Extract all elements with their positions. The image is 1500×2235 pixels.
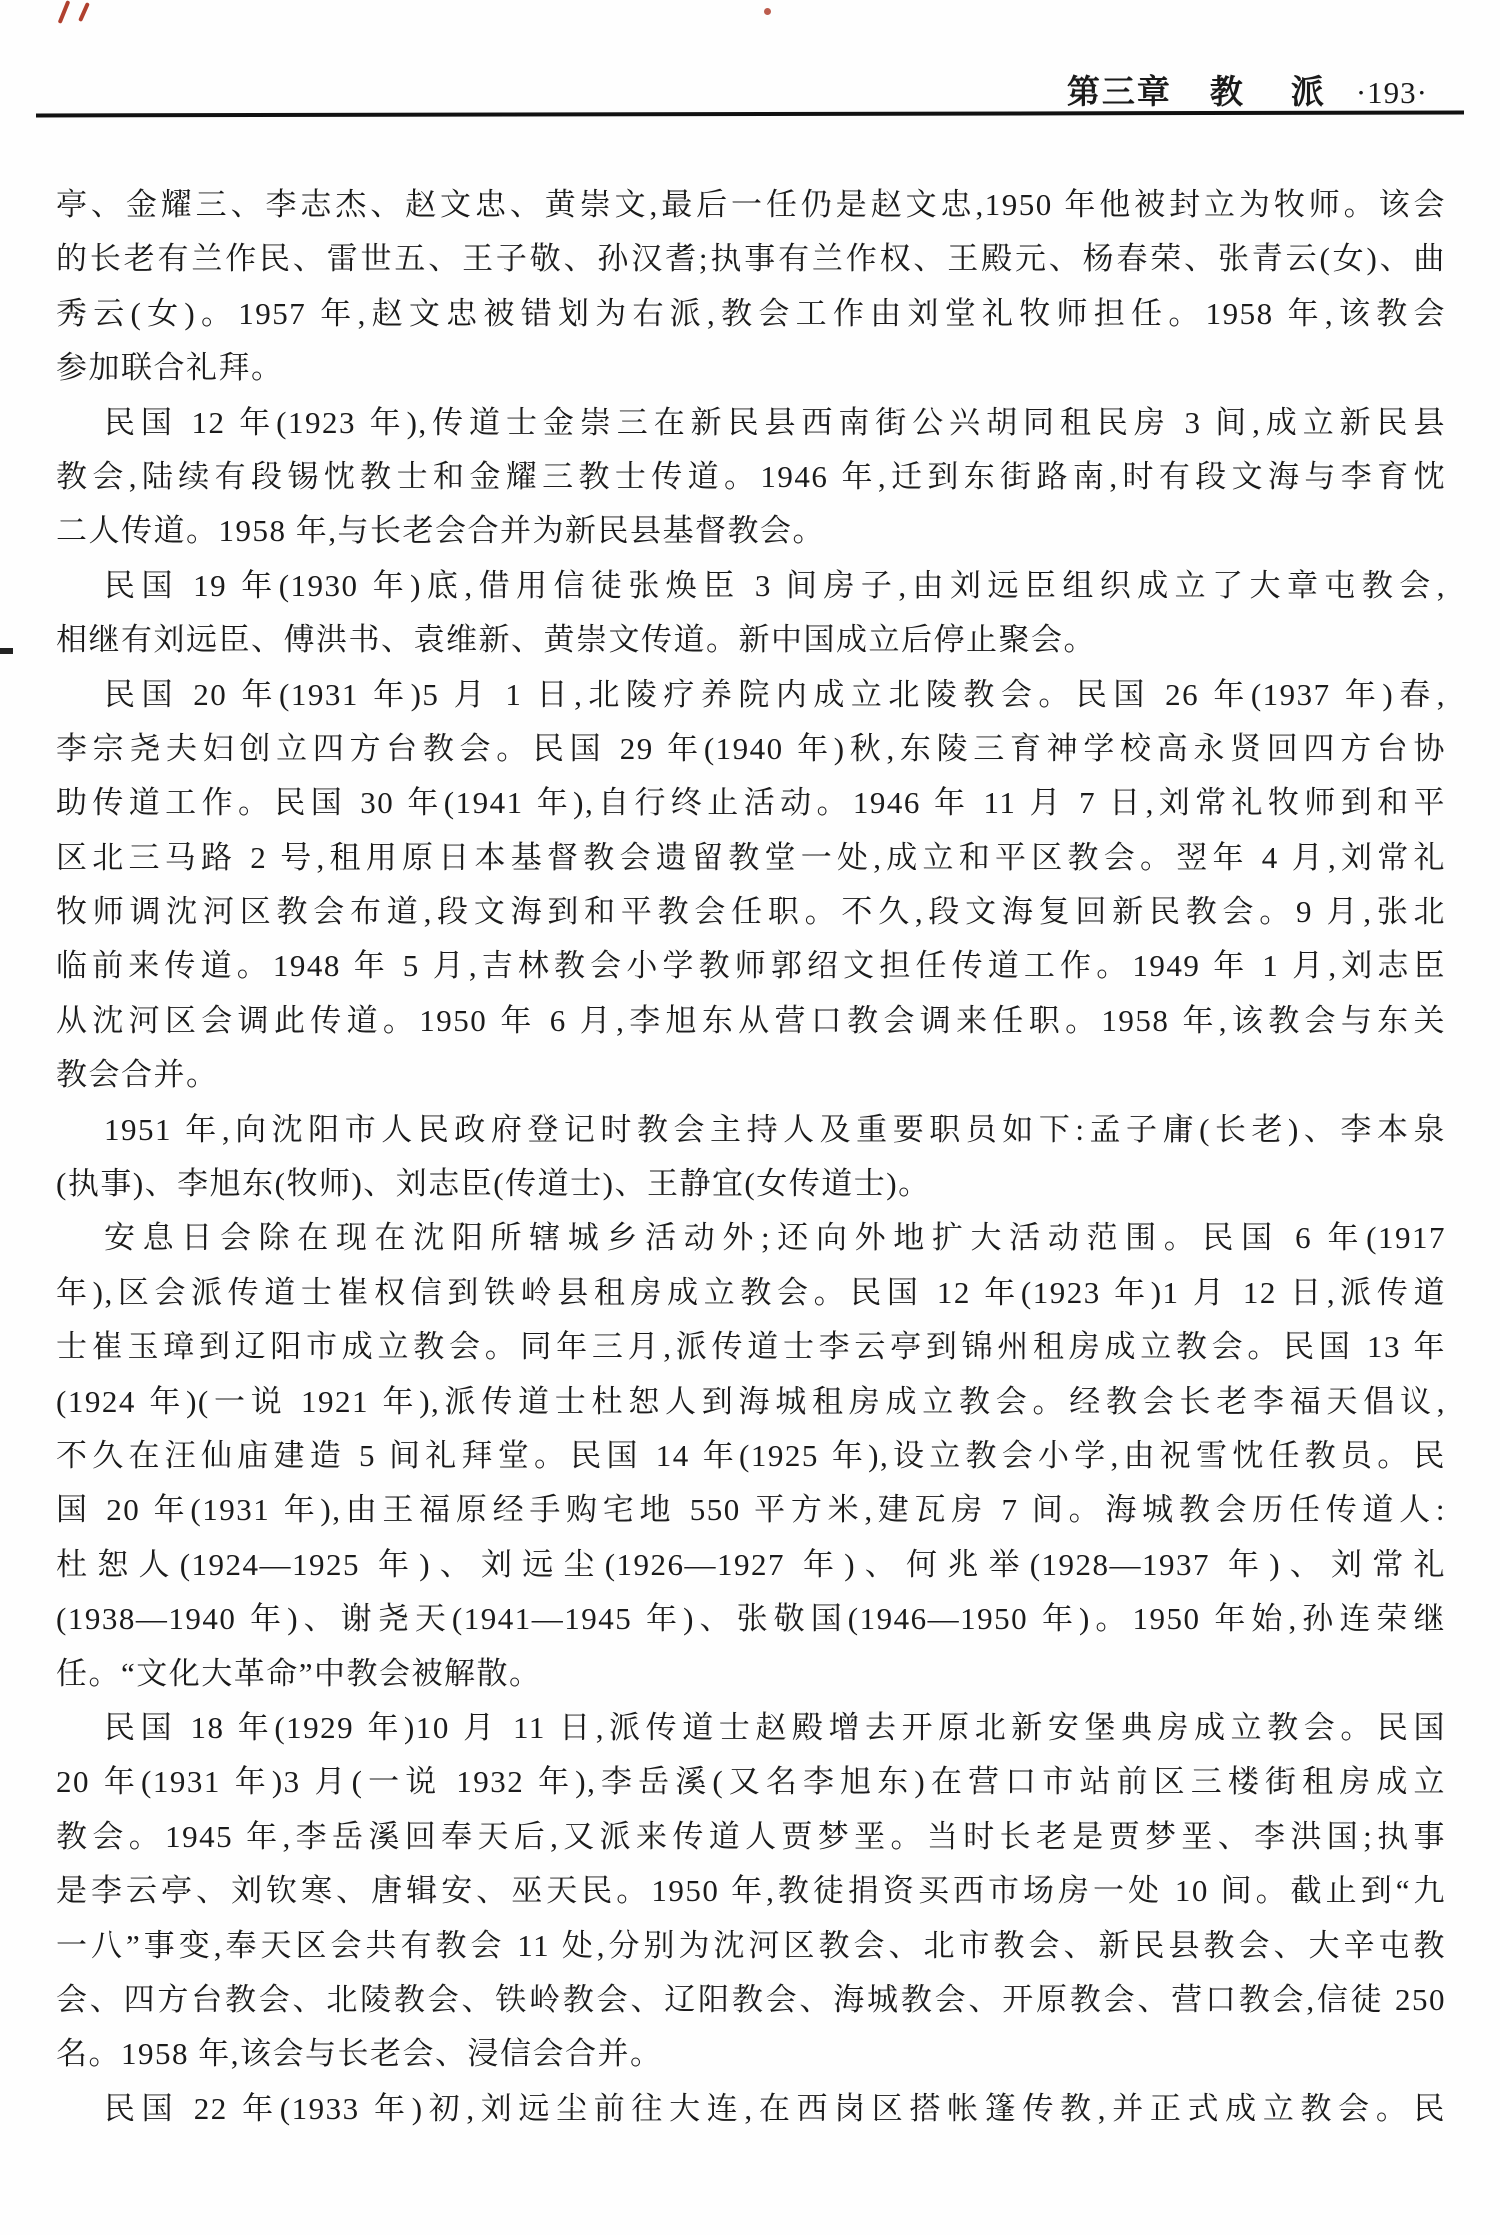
text-line: 名。1958 年,该会与长老会、浸信会合并。 — [56, 2027, 1446, 2081]
text-line: 民国 18 年(1929 年)10 月 11 日,派传道士赵殿增去开原北新安堡典… — [56, 1701, 1446, 1755]
text-line: (执事)、李旭东(牧师)、刘志臣(传道士)、王静宜(女传道士)。 — [56, 1157, 1446, 1211]
text-line: 教会,陆续有段锡忱教士和金耀三教士传道。1946 年,迁到东街路南,时有段文海与… — [56, 450, 1446, 504]
text-line: 1951 年,向沈阳市人民政府登记时教会主持人及重要职员如下:孟子庸(长老)、李… — [56, 1103, 1446, 1157]
text-line: 不久在汪仙庙建造 5 间礼拜堂。民国 14 年(1925 年),设立教会小学,由… — [56, 1429, 1446, 1483]
text-line: 教会。1945 年,李岳溪回奉天后,又派来传道人贾梦垩。当时长老是贾梦垩、李洪国… — [56, 1810, 1446, 1864]
text-line: (1938—1940 年)、谢尧天(1941—1945 年)、张敬国(1946—… — [56, 1592, 1446, 1646]
text-line: 杜恕人(1924—1925 年)、刘远尘(1926—1927 年)、何兆举(19… — [56, 1538, 1446, 1592]
chapter-title-word-2: 派 — [1291, 66, 1326, 113]
text-line: 教会合并。 — [56, 1048, 1446, 1102]
text-line: (1924 年)(一说 1921 年),派传道士杜恕人到海城租房成立教会。经教会… — [56, 1375, 1446, 1429]
text-line: 民国 12 年(1923 年),传道士金崇三在新民县西南街公兴胡同租民房 3 间… — [56, 396, 1446, 450]
body-text: 亭、金耀三、李志杰、赵文忠、黄崇文,最后一任仍是赵文忠,1950 年他被封立为牧… — [56, 178, 1446, 2136]
text-line: 临前来传道。1948 年 5 月,吉林教会小学教师郭绍文担任传道工作。1949 … — [56, 939, 1446, 993]
text-line: 任。“文化大革命”中教会被解散。 — [56, 1647, 1446, 1701]
text-line: 的长老有兰作民、雷世五、王子敬、孙汉耆;执事有兰作权、王殿元、杨春荣、张青云(女… — [56, 232, 1446, 286]
running-header: 第三章 教 派 ·193· — [1067, 66, 1428, 113]
text-line: 民国 22 年(1933 年)初,刘远尘前往大连,在西岗区搭帐篷传教,并正式成立… — [56, 2082, 1446, 2136]
scan-edge-mark — [0, 648, 13, 654]
header-rule — [36, 111, 1464, 118]
text-line: 年),区会派传道士崔权信到铁岭县租房成立教会。民国 12 年(1923 年)1 … — [56, 1266, 1446, 1320]
text-line: 牧师调沈河区教会布道,段文海到和平教会任职。不久,段文海复回新民教会。9 月,张… — [56, 885, 1446, 939]
text-line: 士崔玉璋到辽阳市成立教会。同年三月,派传道士李云亭到锦州租房成立教会。民国 13… — [56, 1320, 1446, 1374]
text-line: 民国 20 年(1931 年)5 月 1 日,北陵疗养院内成立北陵教会。民国 2… — [56, 668, 1446, 722]
text-line: 民国 19 年(1930 年)底,借用信徒张焕臣 3 间房子,由刘远臣组织成立了… — [56, 559, 1446, 613]
text-line: 秀云(女)。1957 年,赵文忠被错划为右派,教会工作由刘堂礼牧师担任。1958… — [56, 287, 1446, 341]
text-line: 二人传道。1958 年,与长老会合并为新民县基督教会。 — [56, 504, 1446, 558]
book-page: 第三章 教 派 ·193· 亭、金耀三、李志杰、赵文忠、黄崇文,最后一任仍是赵文… — [0, 0, 1500, 2235]
scan-red-mark — [78, 2, 90, 22]
scan-red-mark — [58, 0, 71, 24]
text-line: 相继有刘远臣、傅洪书、袁维新、黄崇文传道。新中国成立后停止聚会。 — [56, 613, 1446, 667]
text-line: 会、四方台教会、北陵教会、铁岭教会、辽阳教会、海城教会、开原教会、营口教会,信徒… — [56, 1973, 1446, 2027]
text-line: 区北三马路 2 号,租用原日本基督教会遗留教堂一处,成立和平区教会。翌年 4 月… — [56, 831, 1446, 885]
page-number: ·193· — [1356, 75, 1428, 111]
text-line: 一八”事变,奉天区会共有教会 11 处,分别为沈河区教会、北市教会、新民县教会、… — [56, 1919, 1446, 1973]
text-line: 亭、金耀三、李志杰、赵文忠、黄崇文,最后一任仍是赵文忠,1950 年他被封立为牧… — [56, 178, 1446, 232]
text-line: 20 年(1931 年)3 月(一说 1932 年),李岳溪(又名李旭东)在营口… — [56, 1755, 1446, 1809]
scan-red-dot — [764, 8, 771, 15]
text-line: 助传道工作。民国 30 年(1941 年),自行终止活动。1946 年 11 月… — [56, 776, 1446, 830]
text-line: 安息日会除在现在沈阳所辖城乡活动外;还向外地扩大活动范围。民国 6 年(1917 — [56, 1211, 1446, 1265]
text-line: 李宗尧夫妇创立四方台教会。民国 29 年(1940 年)秋,东陵三育神学校高永贤… — [56, 722, 1446, 776]
chapter-title-word-1: 教 — [1210, 66, 1245, 113]
text-line: 参加联合礼拜。 — [56, 341, 1446, 395]
chapter-label: 第三章 — [1067, 66, 1172, 113]
text-line: 从沈河区会调此传道。1950 年 6 月,李旭东从营口教会调来任职。1958 年… — [56, 994, 1446, 1048]
text-line: 是李云亭、刘钦寒、唐辑安、巫天民。1950 年,教徒捐资买西市场房一处 10 间… — [56, 1864, 1446, 1918]
text-line: 国 20 年(1931 年),由王福原经手购宅地 550 平方米,建瓦房 7 间… — [56, 1483, 1446, 1537]
